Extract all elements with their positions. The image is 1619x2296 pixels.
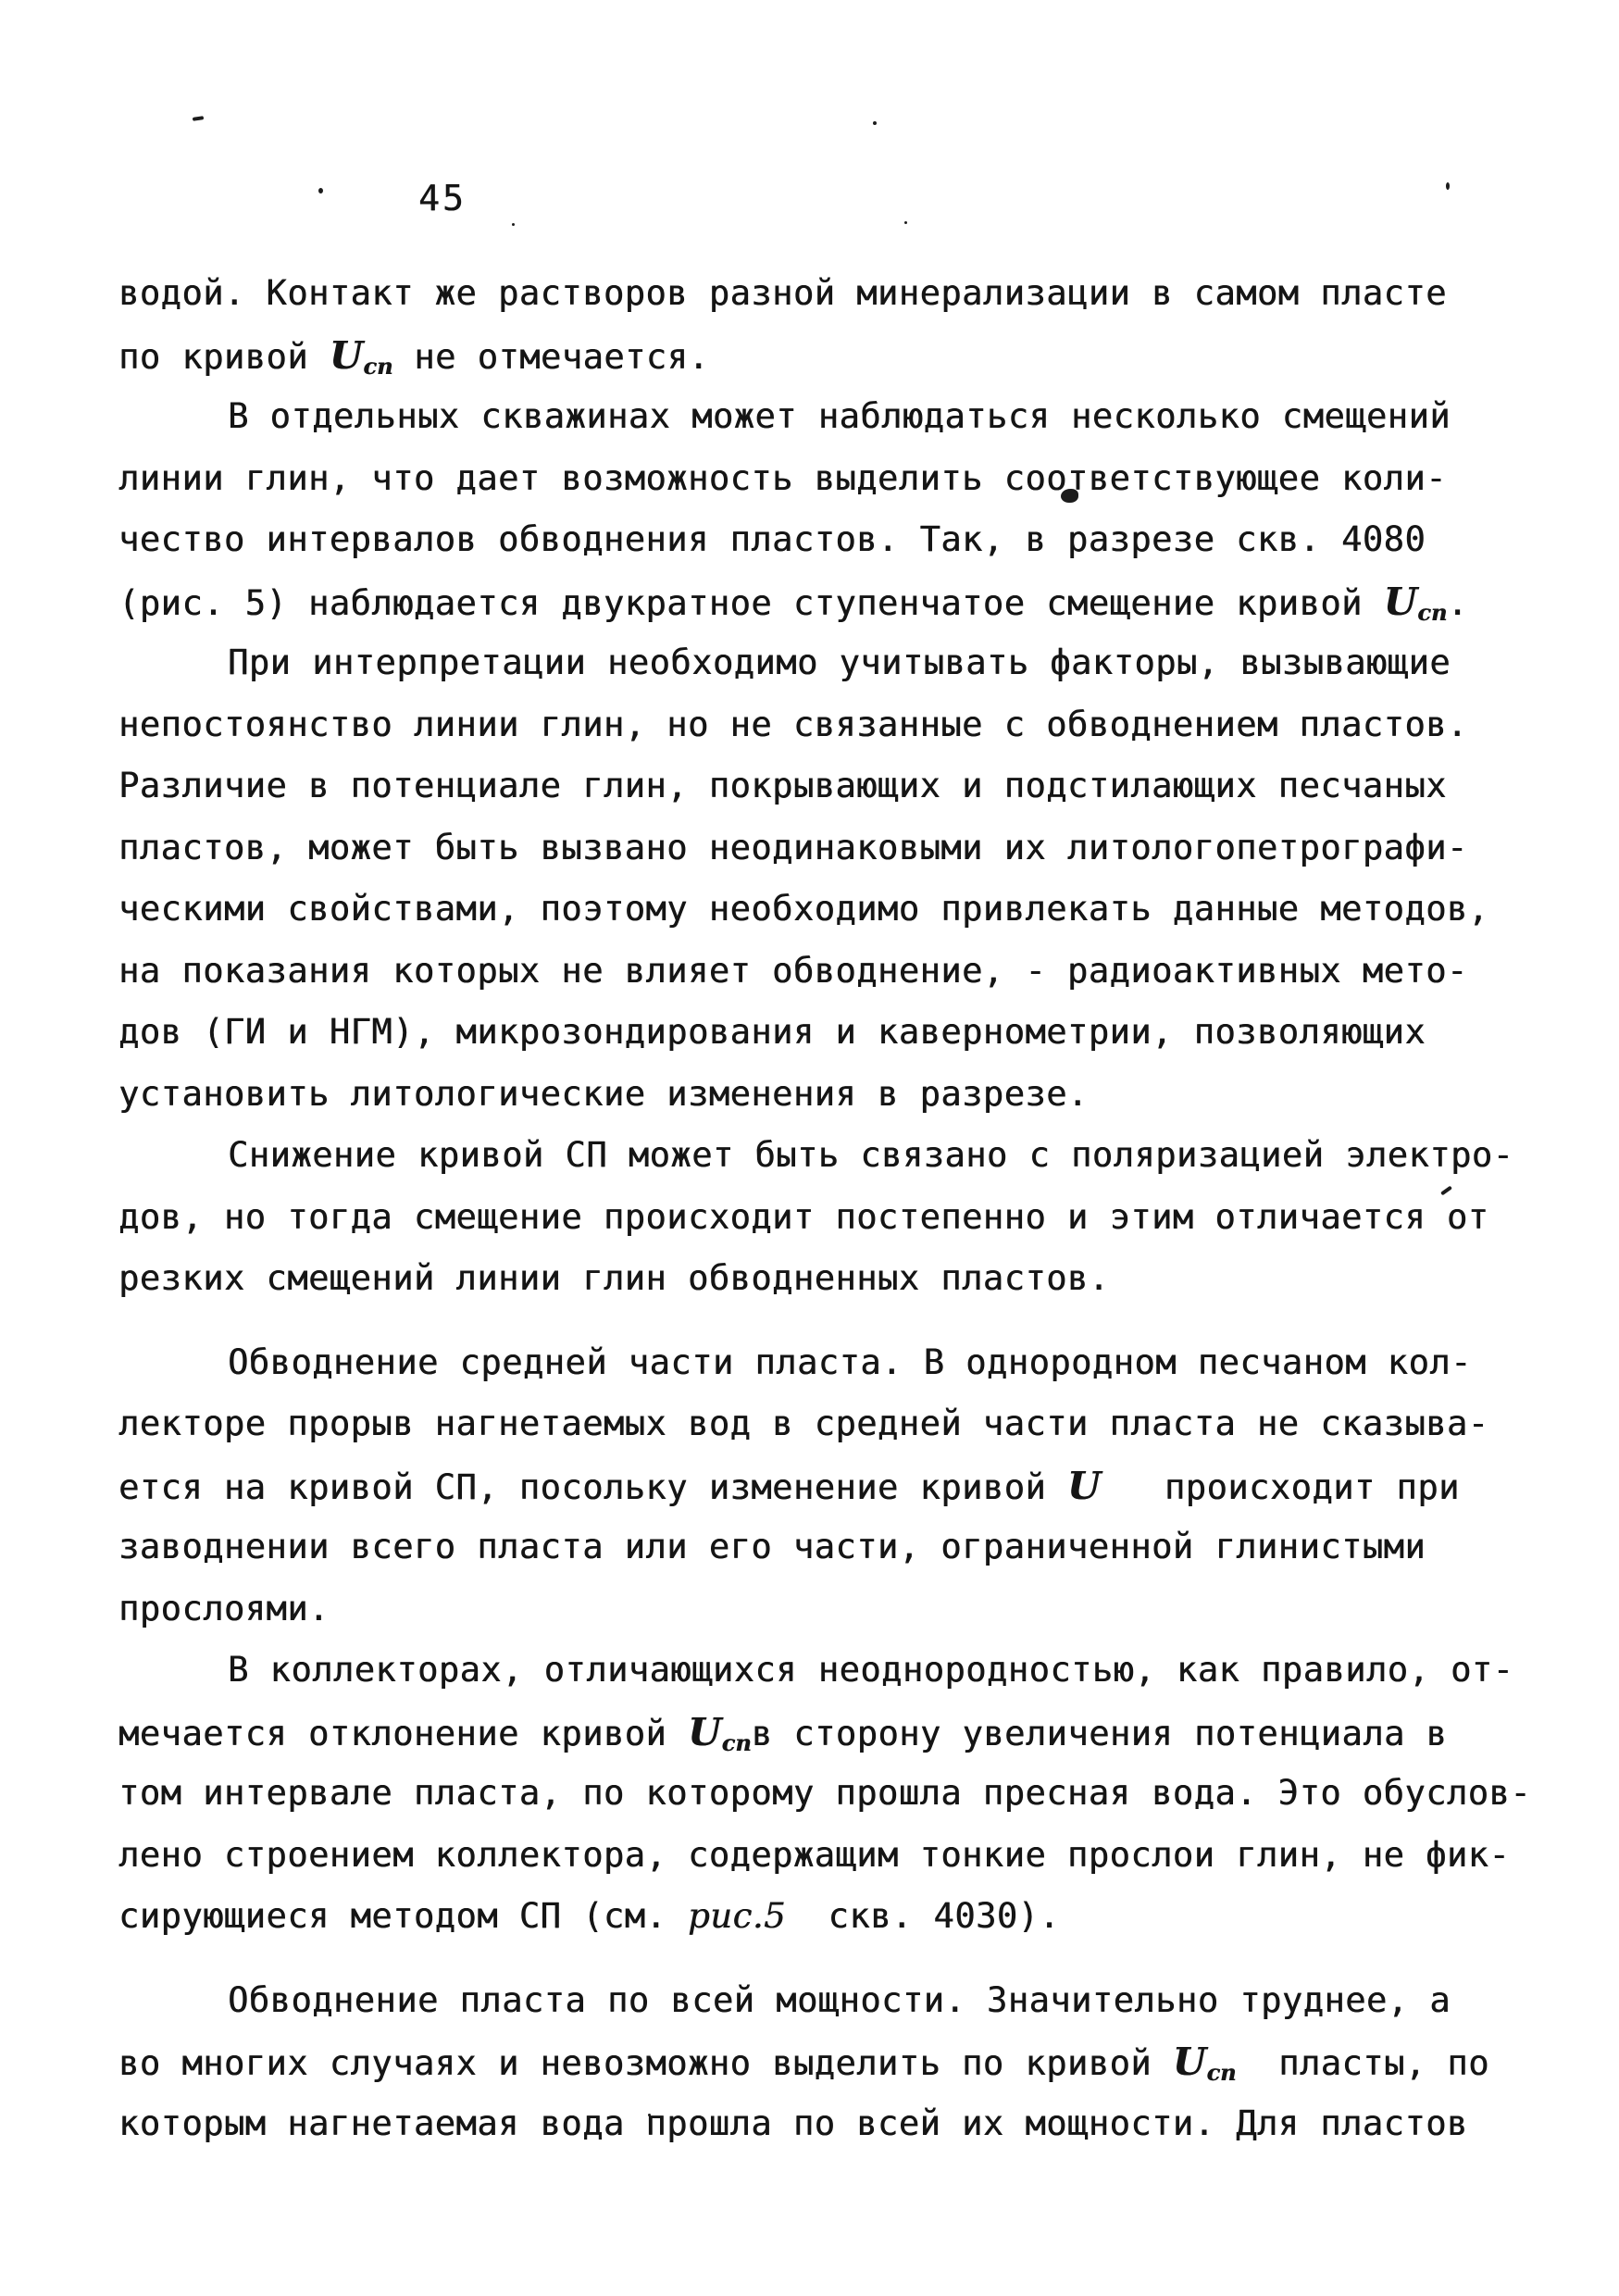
text-line: Обводнение пласта по всей мощности. Знач… [118, 1970, 1563, 2032]
text-segment: чество интервалов обводнения пластов. Та… [118, 519, 1426, 559]
text-line: сирующиеся методом СП (см. рис.5 скв. 40… [118, 1886, 1563, 1948]
text-segment: В коллекторах, отличающихся неоднороднос… [228, 1650, 1513, 1690]
text-line: Различие в потенциале глин, покрывающих … [118, 755, 1563, 817]
text-line: установить литологические изменения в ра… [118, 1064, 1563, 1126]
text-segment: . [1447, 583, 1468, 623]
text-line: При интерпретации необходимо учитывать ф… [118, 632, 1563, 694]
scan-speck [318, 188, 323, 193]
text-segment: во многих случаях и невозможно выделить … [118, 2043, 1173, 2083]
text-segment: на показания которых не влияет обводнени… [118, 951, 1468, 991]
text-segment: ческими свойствами, поэтому необходимо п… [118, 889, 1488, 929]
u-sp-curve-symbol: Uсп [330, 332, 393, 378]
text-segment: мечается отклонение кривой [118, 1714, 688, 1753]
text-line: лено строением коллектора, содержащим то… [118, 1825, 1563, 1887]
text-line: по кривой Uсп не отмечается. [118, 325, 1563, 387]
text-line: (рис. 5) наблюдается двукратное ступенча… [118, 571, 1563, 633]
text-segment: происходит при [1102, 1467, 1460, 1507]
text-segment: При интерпретации необходимо учитывать ф… [228, 643, 1451, 682]
scan-speck [648, 2114, 651, 2116]
u-sp-curve-symbol: Uсп [1173, 2039, 1237, 2084]
text-segment: ется на кривой СП, посольку изменение кр… [118, 1467, 1067, 1507]
text-segment: лекторе прорыв нагнетаемых вод в средней… [118, 1404, 1488, 1443]
text-line: прослоями. [118, 1578, 1563, 1641]
text-segment: Обводнение средней части пласта. В однор… [228, 1342, 1472, 1382]
text-line: чество интервалов обводнения пластов. Та… [118, 509, 1563, 571]
text-line: линии глин, что дает возможность выделит… [118, 448, 1563, 510]
text-segment: лено строением коллектора, содержащим то… [118, 1835, 1510, 1875]
document-page: 45 водой. Контакт же растворов разной ми… [0, 0, 1619, 2296]
text-line: во многих случаях и невозможно выделить … [118, 2031, 1563, 2093]
text-segment: в сторону увеличения потенциала в [752, 1714, 1448, 1753]
scan-speck [904, 221, 907, 224]
page-text: водой. Контакт же растворов разной минер… [118, 263, 1563, 2154]
u-sp-subscript: сп [1206, 2059, 1236, 2086]
u-sp-curve-symbol: Uсп [688, 1709, 752, 1754]
u-sp-curve-symbol: Uсп [1384, 579, 1448, 624]
u-sp-subscript: сп [722, 1728, 752, 1755]
text-segment: пластов, может быть вызвано неодинаковым… [118, 828, 1468, 867]
text-segment: не отмечается. [393, 337, 710, 377]
text-segment: В отдельных скважинах может наблюдаться … [228, 396, 1451, 436]
text-line: ческими свойствами, поэтому необходимо п… [118, 879, 1563, 941]
text-segment: том интервале пласта, по которому прошла… [118, 1773, 1531, 1813]
text-segment: пласты, по [1237, 2043, 1489, 2083]
scan-speck [193, 116, 204, 121]
text-segment: установить литологические изменения в ра… [118, 1074, 1089, 1114]
text-segment: водой. Контакт же растворов разной минер… [118, 273, 1447, 313]
ink-blot [1061, 489, 1078, 503]
text-segment: Различие в потенциале глин, покрывающих … [118, 766, 1447, 805]
u-sp-subscript: сп [363, 352, 392, 379]
text-line: пластов, может быть вызвано неодинаковым… [118, 817, 1563, 880]
text-segment: Обводнение пласта по всей мощности. Знач… [228, 1980, 1451, 2020]
text-line: водой. Контакт же растворов разной минер… [118, 263, 1563, 325]
text-segment: дов, но тогда смещение происходит постеп… [118, 1197, 1488, 1237]
text-line: резких смещений линии глин обводненных п… [118, 1248, 1563, 1310]
text-segment: заводнении всего пласта или его части, о… [118, 1527, 1426, 1566]
text-segment: которым нагнетаемая вода прошла по всей … [118, 2103, 1468, 2143]
text-line: дов, но тогда смещение происходит постеп… [118, 1187, 1563, 1249]
u-sp-subscript: сп [1417, 598, 1447, 625]
text-line: лекторе прорыв нагнетаемых вод в средней… [118, 1393, 1563, 1455]
text-line: В коллекторах, отличающихся неоднороднос… [118, 1640, 1563, 1702]
text-segment: сирующиеся методом СП (см. [118, 1896, 688, 1936]
text-segment: скв. 4030). [786, 1896, 1060, 1936]
text-segment: резких смещений линии глин обводненных п… [118, 1258, 1109, 1298]
text-segment: по кривой [118, 337, 330, 377]
text-line: В отдельных скважинах может наблюдаться … [118, 386, 1563, 448]
text-segment: (рис. 5) наблюдается двукратное ступенча… [118, 583, 1384, 623]
u-sp-curve-symbol: U [1067, 1463, 1102, 1508]
text-line: которым нагнетаемая вода прошла по всей … [118, 2093, 1563, 2155]
scan-speck [512, 223, 515, 226]
text-line: дов (ГИ и НГМ), микрозондирования и каве… [118, 1002, 1563, 1064]
text-line: заводнении всего пласта или его части, о… [118, 1516, 1563, 1578]
text-line: мечается отклонение кривой Uспв сторону … [118, 1702, 1563, 1764]
text-segment: непостоянство линии глин, но не связанны… [118, 705, 1468, 744]
text-line: том интервале пласта, по которому прошла… [118, 1763, 1563, 1825]
text-line: непостоянство линии глин, но не связанны… [118, 694, 1563, 756]
scan-speck [1446, 182, 1450, 190]
text-line: на показания которых не влияет обводнени… [118, 941, 1563, 1003]
text-segment: прослоями. [118, 1589, 330, 1628]
text-segment: Снижение кривой СП может быть связано с … [228, 1135, 1513, 1175]
figure-reference: рис.5 [688, 1896, 786, 1936]
page-number: 45 [418, 178, 467, 218]
text-line: ется на кривой СП, посольку изменение кр… [118, 1455, 1563, 1517]
text-line: Снижение кривой СП может быть связано с … [118, 1125, 1563, 1187]
text-line: Обводнение средней части пласта. В однор… [118, 1332, 1563, 1394]
text-segment: дов (ГИ и НГМ), микрозондирования и каве… [118, 1012, 1426, 1052]
scan-speck [873, 121, 877, 125]
text-segment: линии глин, что дает возможность выделит… [118, 458, 1447, 498]
